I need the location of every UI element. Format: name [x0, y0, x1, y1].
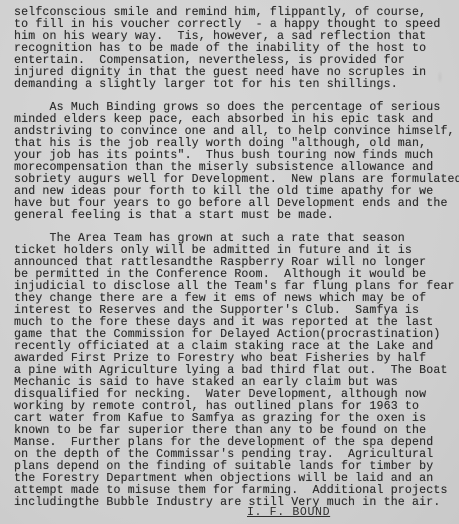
text-line: general feeling is that a start must be …: [14, 210, 334, 222]
paper-smudge: [437, 70, 443, 84]
typewritten-page: selfconscious smile and remind him, flip…: [0, 0, 459, 524]
text-line: includingthe Bubble Industry are still V…: [14, 497, 440, 509]
signature: I. F. BOUND: [247, 507, 330, 519]
text-line: demanding a slightly larger tot for his …: [14, 79, 398, 91]
